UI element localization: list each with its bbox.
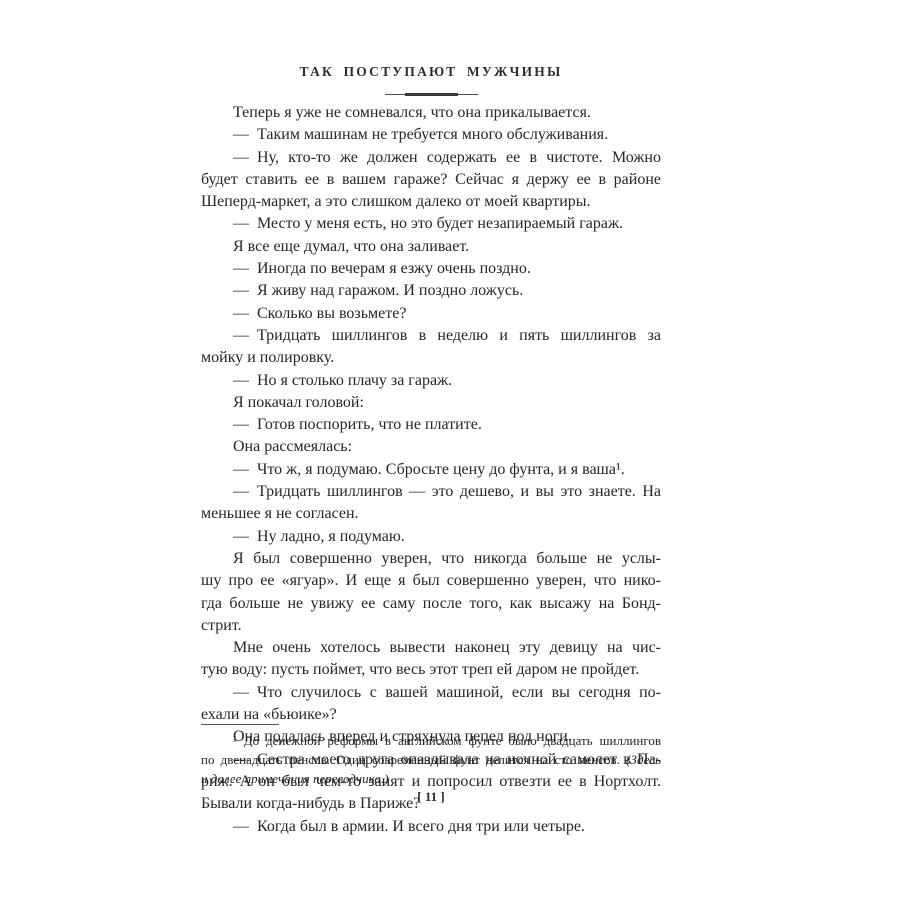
text-line: Она рассмеялась: [201,436,661,458]
paragraph: Теперь я уже не сомневался, что она прик… [201,102,661,124]
header-ornament-rule [385,93,478,97]
paragraph: — Когда был в армии. И всего дня три или… [201,816,661,838]
footnote-line: ¹ До денежной реформы в английском фунте… [201,731,661,750]
paragraph: Мне очень хотелось вывести наконец эту д… [201,637,661,682]
footnote-lines: ¹ До денежной реформы в английском фунте… [201,731,661,788]
text-line: Теперь я уже не сомневался, что она прик… [201,102,661,124]
paragraph: Я был совершенно уверен, что никогда бол… [201,548,661,637]
text-line: — Я живу над гаражом. И поздно ложусь. [201,280,661,302]
text-line: — Сколько вы возьмете? [201,303,661,325]
text-line: — Что ж, я подумаю. Сбросьте цену до фун… [201,459,661,481]
paragraph: — Но я столько плачу за гараж. [201,370,661,392]
page-number: [ 11 ] [201,789,661,805]
footnote-text-segment: по двенадцать пенсов. Один современный ф… [201,752,626,767]
text-line: — Таким машинам не требуется много обслу… [201,124,661,146]
text-line: ехали на «бьюике»? [201,704,661,726]
paragraph: — Сколько вы возьмете? [201,303,661,325]
text-line: стрит. [201,615,661,637]
footnote: ¹ До денежной реформы в английском фунте… [201,724,661,788]
text-line: — Иногда по вечерам я езжу очень поздно. [201,258,661,280]
footnote-line: и далее примечания переводчика.) [201,769,661,788]
text-line: мойку и полировку. [201,347,661,369]
text-line: меньшее я не согласен. [201,503,661,525]
text-line: — Готов поспорить, что не платите. [201,414,661,436]
footnote-separator-rule [201,724,279,725]
text-line: будет ставить ее в вашем гараже? Сейчас … [201,169,661,191]
paragraph: Я покачал головой: [201,392,661,414]
text-line: — Ну ладно, я подумаю. [201,526,661,548]
book-page: ТАК ПОСТУПАЮТ МУЖЧИНЫ Теперь я уже не со… [0,0,900,900]
paragraph: — Готов поспорить, что не платите. [201,414,661,436]
paragraph: Она рассмеялась: [201,436,661,458]
text-line: Я был совершенно уверен, что никогда бол… [201,548,661,570]
text-line: Я покачал головой: [201,392,661,414]
text-line: Мне очень хотелось вывести наконец эту д… [201,637,661,659]
footnote-text-segment: (Здесь [626,752,661,767]
text-line: Шеперд-маркет, а это слишком далеко от м… [201,191,661,213]
text-line: — Но я столько плачу за гараж. [201,370,661,392]
paragraph: — Что ж, я подумаю. Сбросьте цену до фун… [201,459,661,481]
paragraph: — Иногда по вечерам я езжу очень поздно. [201,258,661,280]
paragraph: — Я живу над гаражом. И поздно ложусь. [201,280,661,302]
text-line: — Что случилось с вашей машиной, если вы… [201,682,661,704]
text-line: — Тридцать шиллингов в неделю и пять шил… [201,325,661,347]
paragraph: — Таким машинам не требуется много обслу… [201,124,661,146]
text-line: гда больше не увижу ее саму после того, … [201,593,661,615]
footnote-line: по двенадцать пенсов. Один современный ф… [201,750,661,769]
paragraph: Я все еще думал, что она заливает. [201,236,661,258]
footnote-text-segment: и далее примечания переводчика.) [201,771,388,786]
text-line: — Ну, кто-то же должен содержать ее в чи… [201,147,661,169]
paragraph: — Тридцать шиллингов — это дешево, и вы … [201,481,661,526]
text-line: — Место у меня есть, но это будет незапи… [201,213,661,235]
text-line: Я все еще думал, что она заливает. [201,236,661,258]
footnote-text-segment: ¹ До денежной реформы в английском фунте… [233,733,661,748]
page-header-title: ТАК ПОСТУПАЮТ МУЖЧИНЫ [201,64,661,80]
paragraph: — Ну ладно, я подумаю. [201,526,661,548]
text-line: тую воду: пусть поймет, что весь этот тр… [201,659,661,681]
paragraph: — Что случилось с вашей машиной, если вы… [201,682,661,727]
text-line: шу про ее «ягуар». И еще я был совершенн… [201,570,661,592]
text-line: — Тридцать шиллингов — это дешево, и вы … [201,481,661,503]
paragraph: — Тридцать шиллингов в неделю и пять шил… [201,325,661,370]
text-line: — Когда был в армии. И всего дня три или… [201,816,661,838]
ornament-thick-bar [405,93,458,96]
paragraph: — Место у меня есть, но это будет незапи… [201,213,661,235]
paragraph: — Ну, кто-то же должен содержать ее в чи… [201,147,661,214]
